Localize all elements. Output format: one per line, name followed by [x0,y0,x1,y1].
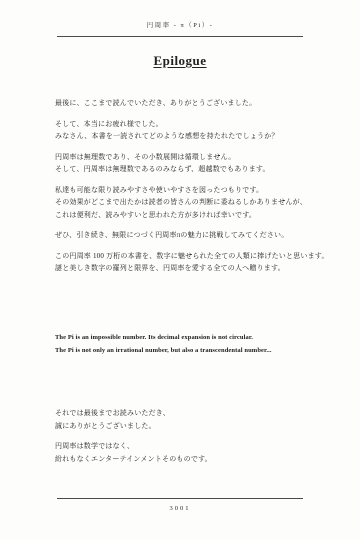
paragraph: そして、本当にお疲れ様でした。 みなさん、本書を一読されてどのような感想を持たれ… [55,118,330,143]
text-line: 紛れもなくエンターテインメントそのものです。 [55,453,330,466]
english-line: The Pi is not only an irrational number,… [55,344,330,357]
page-number: 3001 [0,505,360,512]
text-line: ぜひ、引き続き、無限につづく円周率πの魅力に挑戦してみてください。 [55,229,330,242]
paragraph: それでは最後までお読みいただき、 誠にありがとうございました。 [55,407,330,432]
text-line: この円周率 100 万桁の本書を、数字に魅せられた全ての人類に捧げたいと思います… [55,250,330,263]
english-line: The Pi is an impossible number. Its deci… [55,331,330,344]
header-divider [57,36,303,37]
text-line: 私達も可能な限り読みやすさや使いやすさを図ったつもりです。 [55,184,330,197]
running-header: 円周率 - π（Pi）- [0,20,360,29]
book-page: 円周率 - π（Pi）- Epilogue 最後に、ここまで読んでいただき、あり… [0,0,360,540]
text-line: 誠にありがとうございました。 [55,420,330,433]
text-line: 最後に、ここまで読んでいただき、ありがとうございました。 [55,97,330,110]
main-text-block: 最後に、ここまで読んでいただき、ありがとうございました。 そして、本当にお疲れ様… [55,97,330,275]
text-line: 謎と美しき数字の羅列と限界を、円周率を愛する全ての人へ贈ります。 [55,262,330,275]
text-line: 円周率は数学ではなく、 [55,440,330,453]
text-line: みなさん、本書を一読されてどのような感想を持たれたでしょうか？ [55,130,330,143]
text-line: 円周率は無理数であり、その小数展開は循環しません。 [55,151,330,164]
paragraph: 円周率は無理数であり、その小数展開は循環しません。 そして、円周率は無理数である… [55,151,330,176]
paragraph: 円周率は数学ではなく、 紛れもなくエンターテインメントそのものです。 [55,440,330,465]
paragraph: 最後に、ここまで読んでいただき、ありがとうございました。 [55,97,330,110]
text-line: それでは最後までお読みいただき、 [55,407,330,420]
text-line: そして、円周率は無理数であるのみならず、超越数でもあります。 [55,163,330,176]
paragraph: 私達も可能な限り読みやすさや使いやすさを図ったつもりです。 その効果がどこまで出… [55,184,330,222]
paragraph: ぜひ、引き続き、無限につづく円周率πの魅力に挑戦してみてください。 [55,229,330,242]
text-line: そして、本当にお疲れ様でした。 [55,118,330,131]
english-quote-block: The Pi is an impossible number. Its deci… [55,331,330,357]
text-line: その効果がどこまで出たかは読者の皆さんの判断に委ねるしかありませんが、 [55,196,330,209]
closing-text-block: それでは最後までお読みいただき、 誠にありがとうございました。 円周率は数学では… [55,407,330,465]
text-line: これは便利だ、読みやすいと思われた方が多ければ幸いです。 [55,209,330,222]
footer-divider [57,498,303,499]
chapter-title: Epilogue [0,53,360,69]
paragraph: この円周率 100 万桁の本書を、数字に魅せられた全ての人類に捧げたいと思います… [55,250,330,275]
